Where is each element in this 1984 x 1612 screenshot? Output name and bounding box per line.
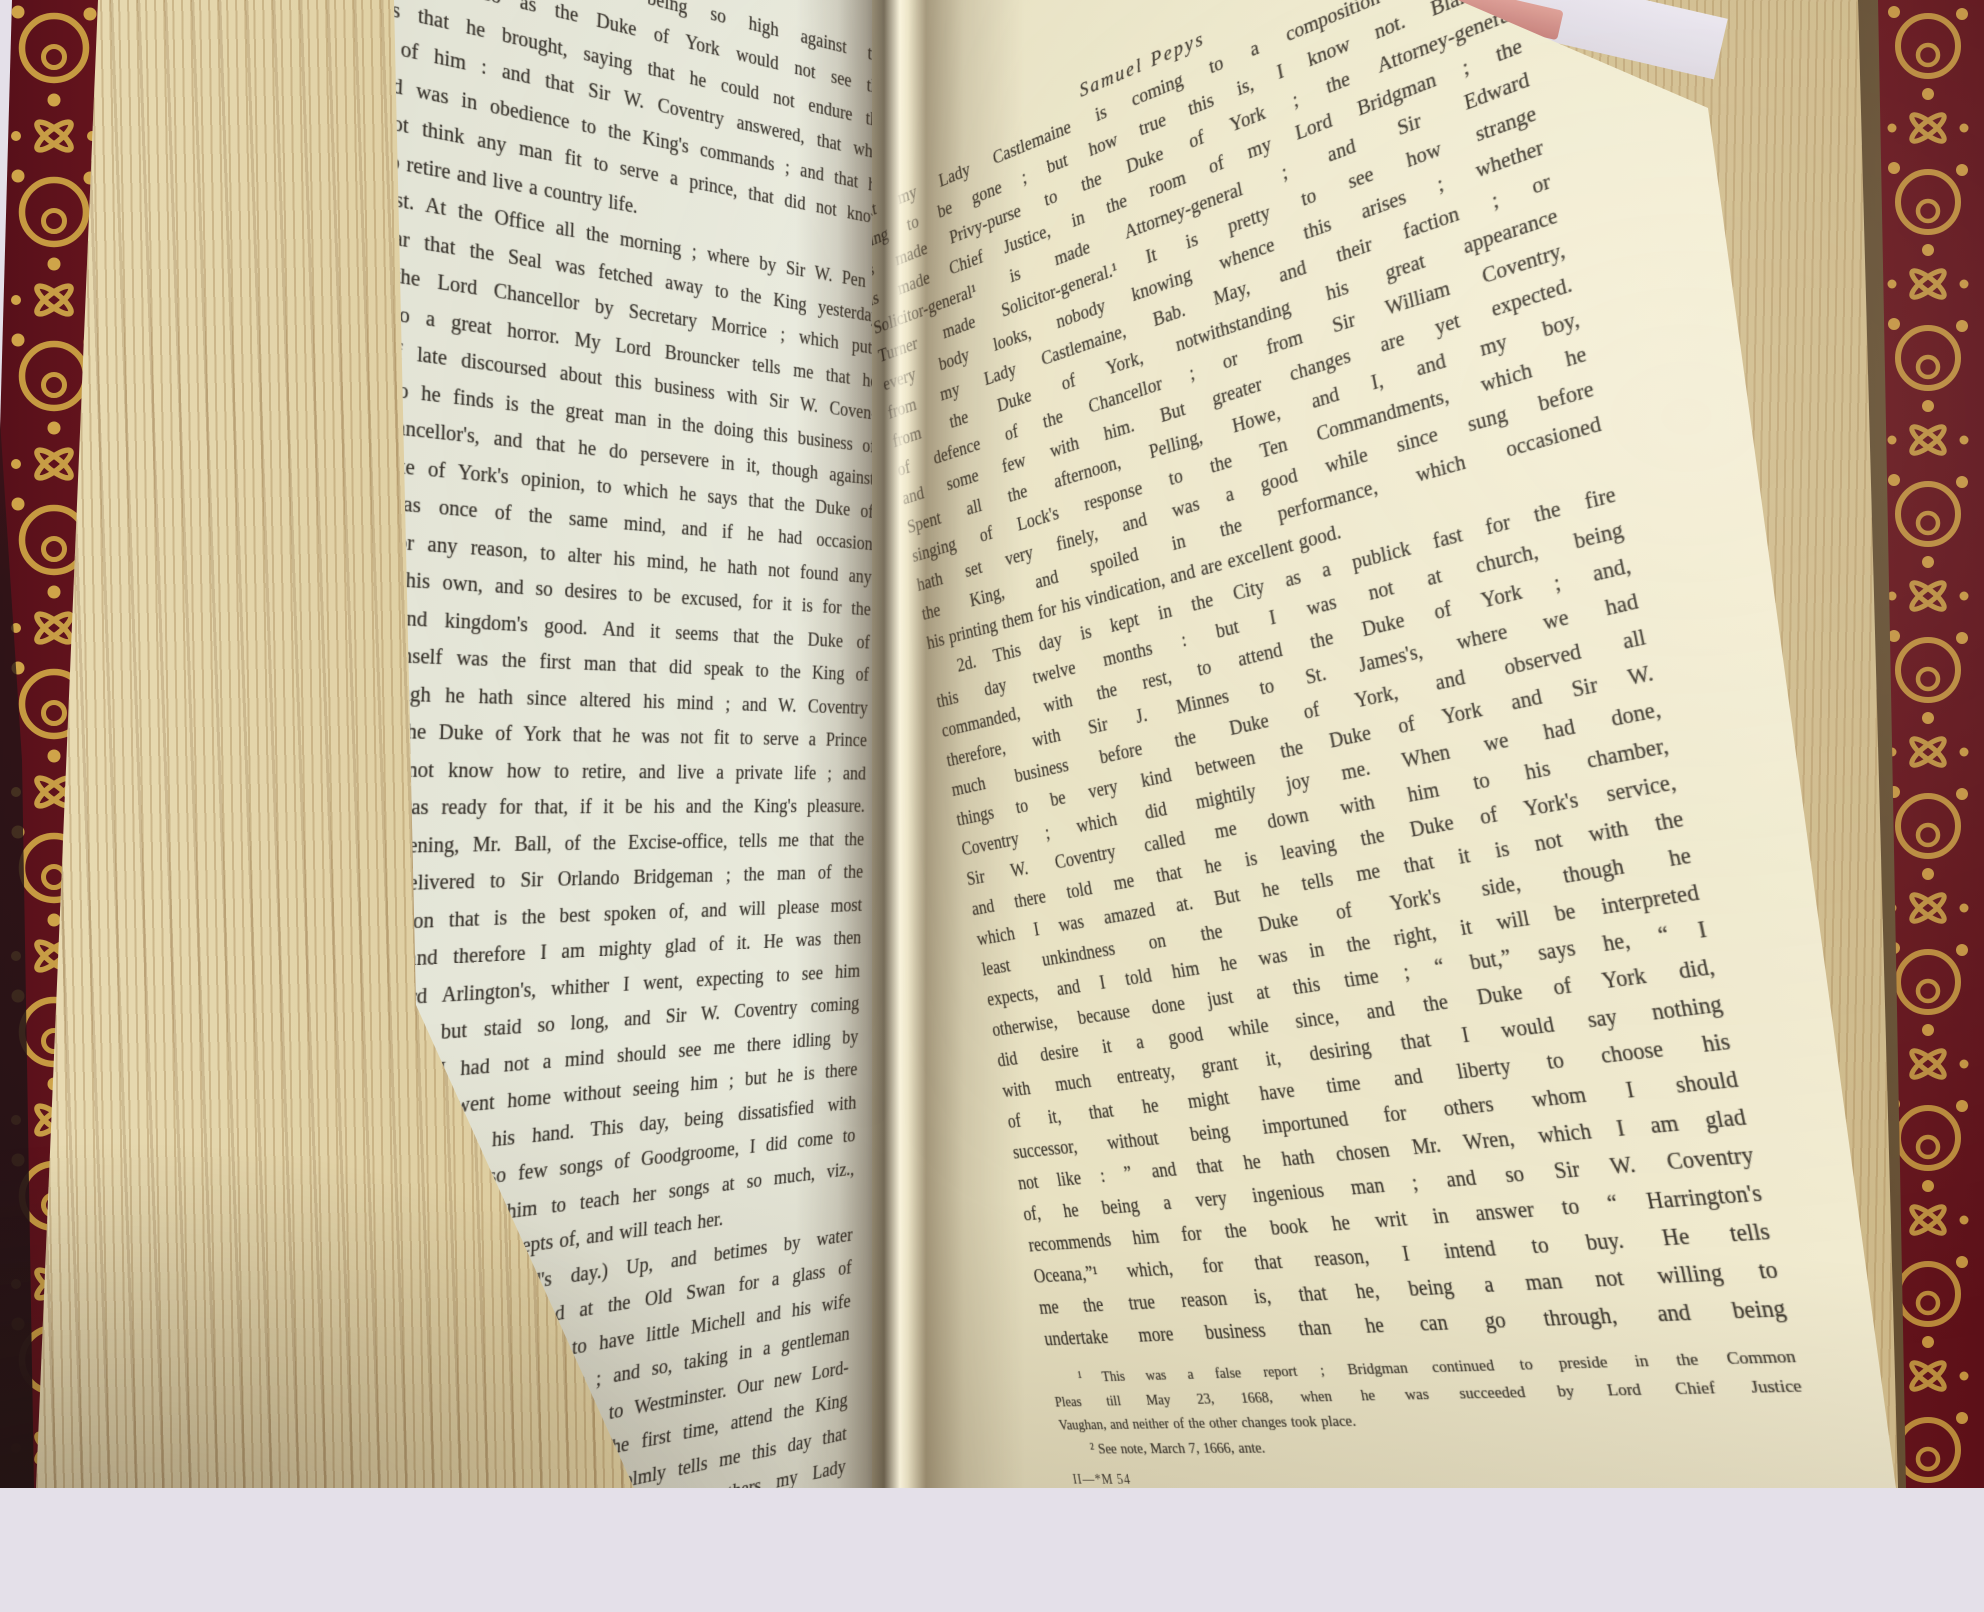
open-book-photo: Diary ofSir W. Coventry, for his being s…	[0, 0, 1984, 1488]
book-photograph: { "meta": { "subject": "Photograph of an…	[0, 0, 1984, 1488]
footnote: ¹ This was a false report ; Bridgman con…	[1049, 1343, 1817, 1461]
right-page-text: Samuel Pepysthat my Lady Castlemaine is …	[848, 0, 1826, 1488]
signature-mark: II—*M 54	[1066, 1463, 1826, 1488]
right-page-body: Samuel Pepysthat my Lady Castlemaine is …	[848, 0, 1790, 1356]
